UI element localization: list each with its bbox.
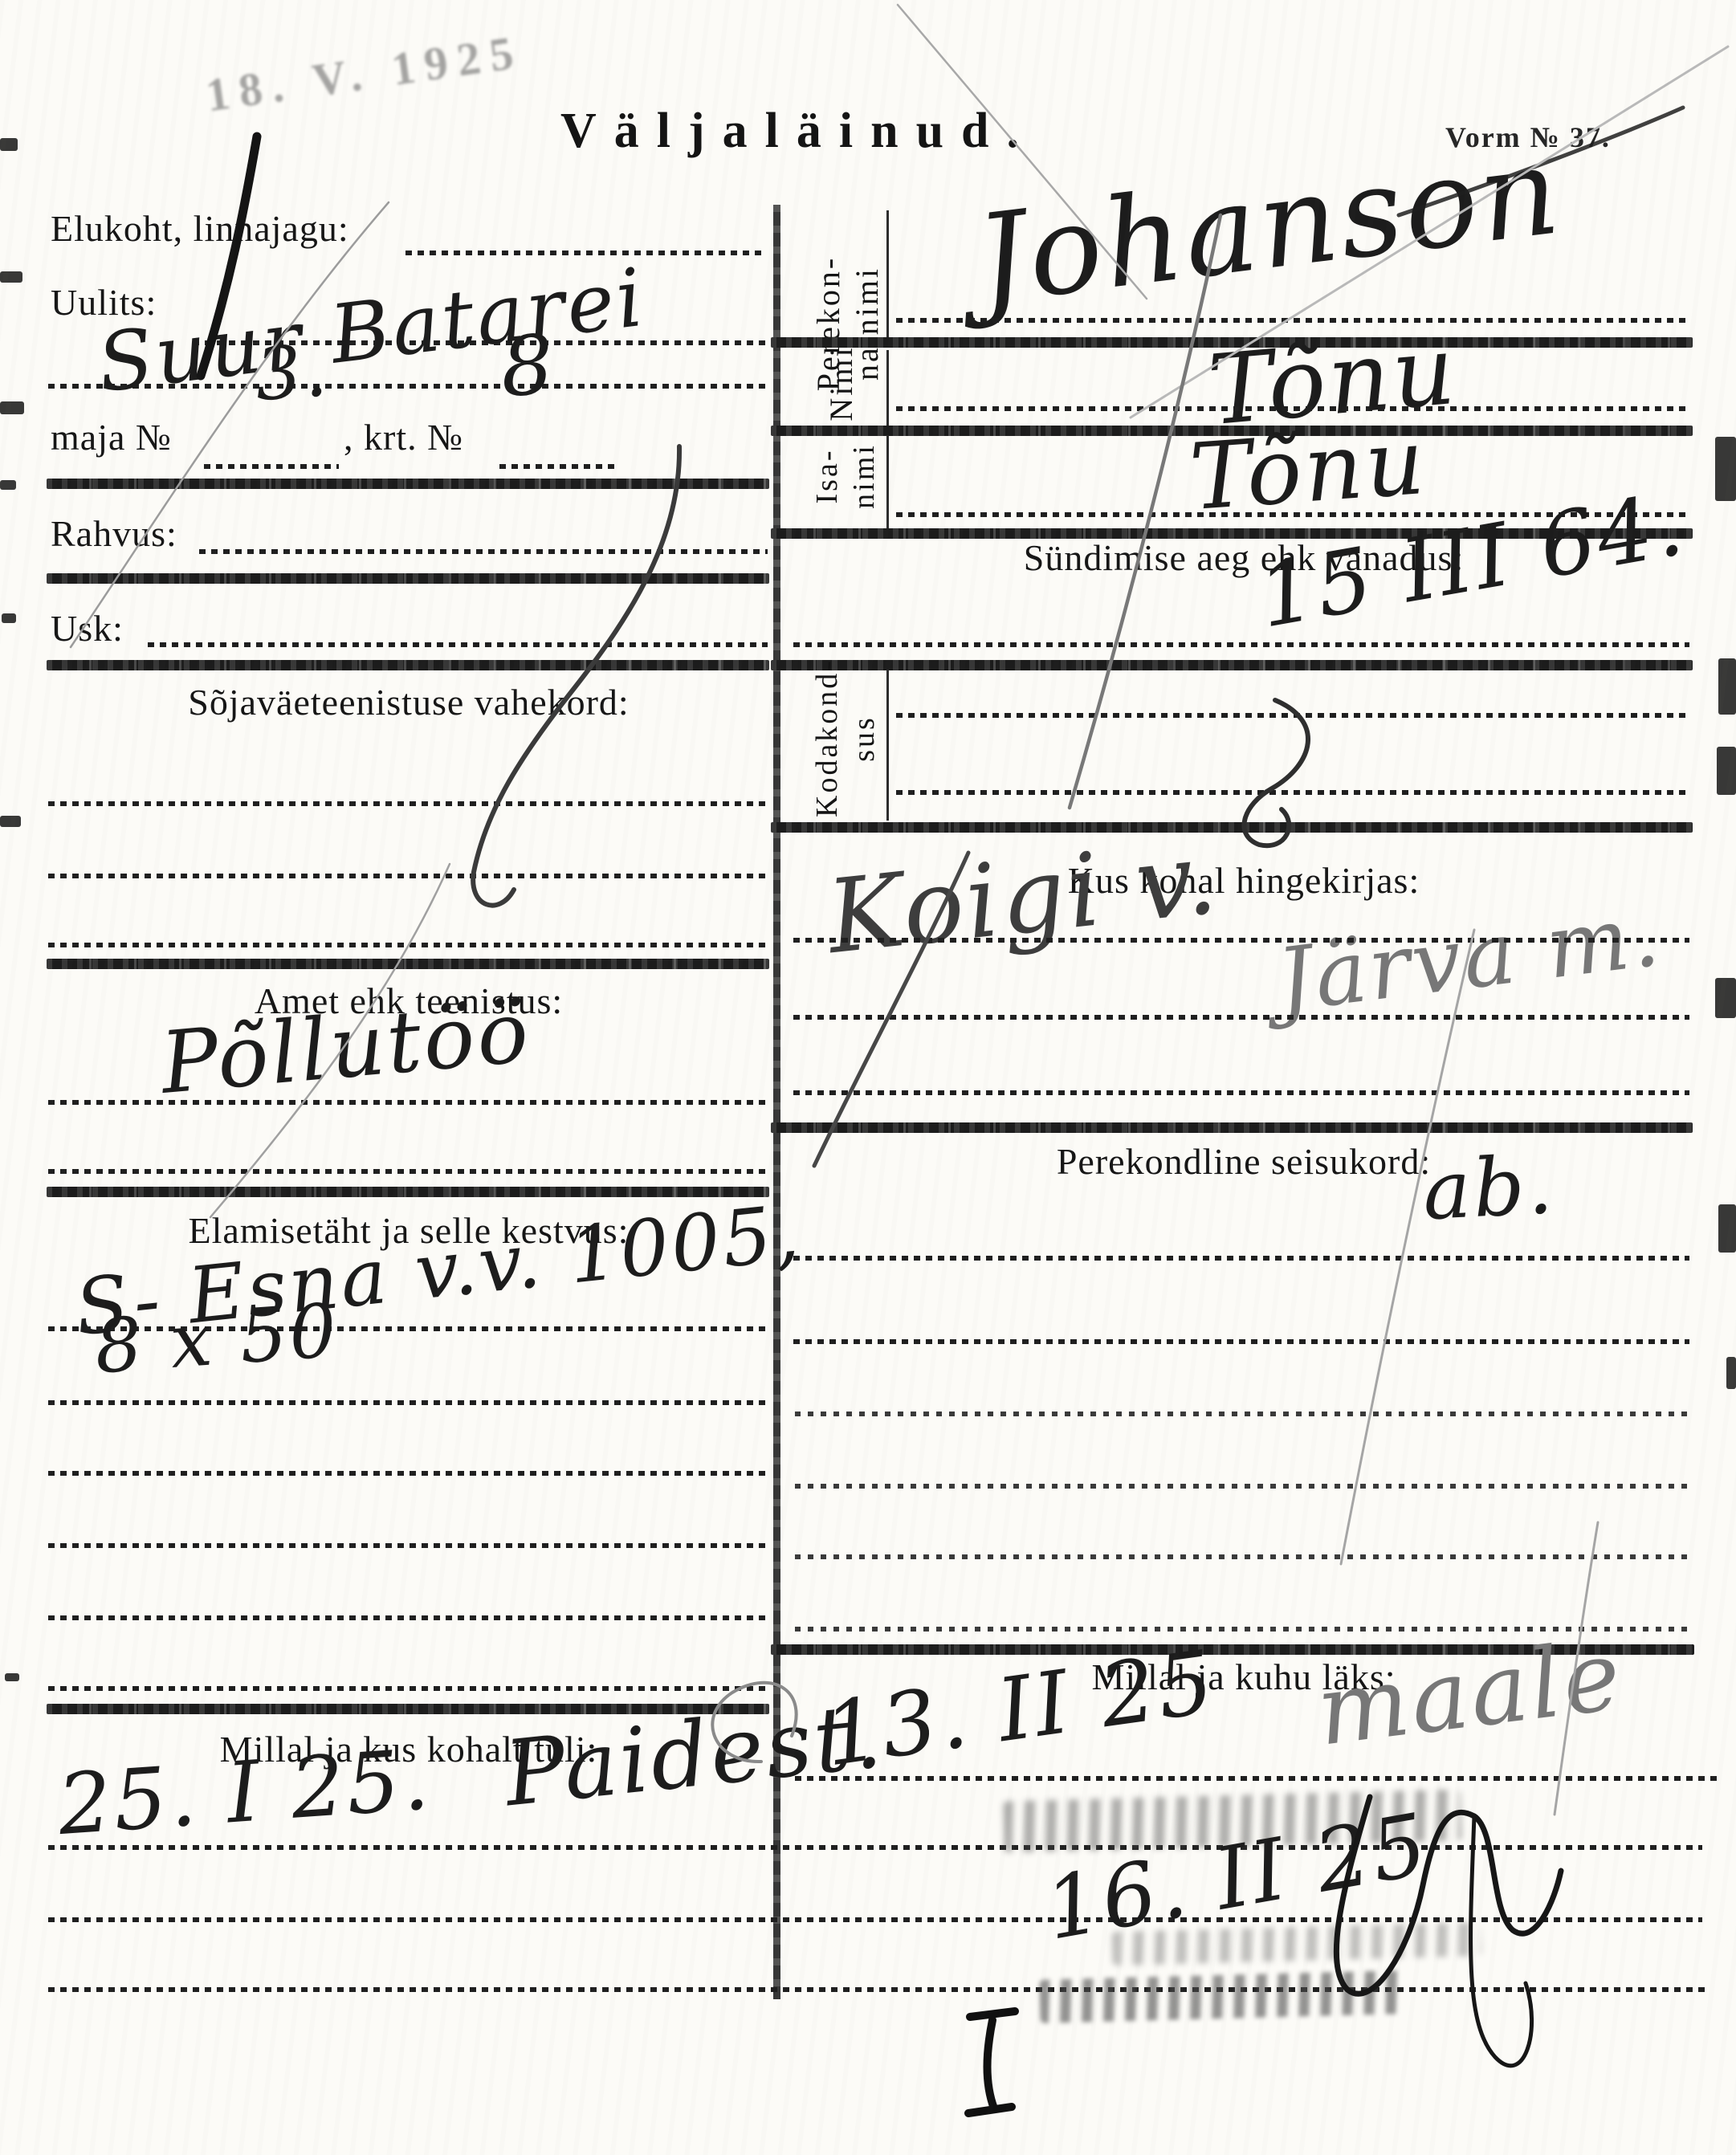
handwritten-arrival-date: 25. I 25.: [55, 1737, 434, 1847]
dotted-line: [48, 1917, 1702, 1922]
dotted-line: [48, 801, 768, 806]
handwritten-marital-status: ab.: [1420, 1145, 1556, 1232]
scan-artifact: [0, 271, 22, 283]
dotted-line: [48, 943, 768, 947]
field-label-isanimi: Isa- nimi: [809, 429, 882, 523]
dotted-line: [48, 1987, 1710, 1992]
vlabel-line: nimi: [846, 429, 883, 523]
scan-artifact: [5, 1673, 19, 1681]
scan-artifact: [1726, 1357, 1736, 1389]
label-rule: [886, 210, 889, 337]
date-stamp: 18. V. 1925: [202, 25, 526, 123]
dotted-line: [795, 1484, 1690, 1489]
handwritten-father-name: Tõnu: [1187, 416, 1429, 523]
scan-artifact: [1715, 978, 1736, 1018]
dotted-line: [896, 406, 1689, 411]
handwritten-house-no: 3.: [253, 335, 332, 412]
handwritten-parish: Koigi v.: [823, 827, 1224, 968]
dotted-line: [48, 874, 768, 878]
field-label-maja: maja №: [51, 416, 172, 458]
field-label-seisukord: Perekondline seisukord:: [795, 1140, 1693, 1183]
scanned-registration-card: 18. V. 1925 Väljaläinud. Vorm № 37. Eluk…: [0, 0, 1736, 2155]
scan-artifact: [1718, 1204, 1736, 1253]
vlabel-line: Isa-: [809, 429, 846, 523]
field-label-nimi: Nimi: [822, 341, 861, 426]
vlabel-line: Kodakond-: [809, 660, 846, 817]
ink-flourish: [473, 446, 679, 906]
field-label-krt: , krt. №: [344, 416, 463, 458]
dotted-line: [896, 790, 1689, 795]
dotted-line: [48, 1615, 768, 1620]
section-bar: [771, 660, 1693, 670]
scan-artifact: [0, 138, 18, 151]
scratch-line: [1341, 930, 1474, 1564]
dotted-line: [199, 549, 768, 554]
field-label-usk: Usk:: [51, 607, 124, 650]
section-bar: [47, 1187, 769, 1197]
field-label-sojavaeteenistus: Sõjaväeteenistuse vahekord:: [48, 681, 769, 723]
dotted-line: [405, 251, 767, 255]
vlabel-line: Nimi: [822, 341, 861, 426]
dotted-line: [793, 1339, 1689, 1344]
section-bar: [47, 479, 769, 489]
page-title: Väljaläinud.: [560, 103, 1037, 160]
label-rule: [886, 670, 889, 821]
dotted-line: [896, 318, 1689, 323]
label-rule: [886, 435, 889, 528]
dotted-line: [795, 1554, 1690, 1559]
dotted-line: [48, 1686, 768, 1691]
vlabel-line: sus: [846, 660, 883, 817]
dotted-line: [793, 1256, 1689, 1261]
handwritten-permit-duration: 8 x 50: [92, 1294, 341, 1385]
dotted-line: [499, 464, 620, 469]
field-label-kodakondsus: Kodakond- sus: [809, 660, 882, 817]
scan-artifact: [2, 613, 16, 623]
faded-stamp: [1039, 1970, 1401, 2023]
dotted-line: [48, 1400, 768, 1405]
section-bar: [47, 660, 769, 670]
section-bar: [771, 1122, 1693, 1133]
dotted-line: [795, 1776, 1718, 1781]
scan-artifact: [0, 816, 21, 827]
field-label-elukoht: Elukoht, linnajagu:: [51, 207, 349, 250]
dotted-line: [793, 1015, 1689, 1020]
section-bar: [771, 822, 1693, 833]
dotted-line: [48, 1471, 768, 1476]
dotted-line: [793, 938, 1689, 943]
ink-roman-numeral: [968, 2011, 1015, 2113]
section-bar: [47, 573, 769, 584]
scan-artifact: [0, 401, 24, 414]
scan-artifact: [1717, 747, 1736, 795]
dotted-line: [204, 464, 339, 469]
handwritten-apartment-no: 8: [499, 324, 557, 409]
scan-artifact: [1718, 658, 1736, 715]
scan-artifact: [1715, 437, 1736, 501]
handwritten-street: Suur Batarei: [93, 258, 649, 405]
dotted-line: [48, 384, 769, 389]
dotted-line: [48, 1543, 768, 1548]
handwritten-surname: Johanson: [970, 129, 1567, 322]
dotted-line: [793, 1090, 1689, 1095]
dotted-line: [793, 642, 1689, 647]
dotted-line: [48, 1169, 768, 1174]
dotted-line: [148, 642, 768, 647]
handwritten-county: Järva m.: [1273, 892, 1665, 1025]
field-label-rahvus: Rahvus:: [51, 512, 177, 555]
label-rule: [886, 350, 889, 426]
dotted-line: [48, 1845, 1702, 1850]
dotted-line: [896, 713, 1689, 718]
dotted-line: [795, 1412, 1690, 1416]
section-bar: [47, 959, 769, 969]
scan-artifact: [0, 480, 16, 490]
dotted-line: [48, 1100, 768, 1105]
